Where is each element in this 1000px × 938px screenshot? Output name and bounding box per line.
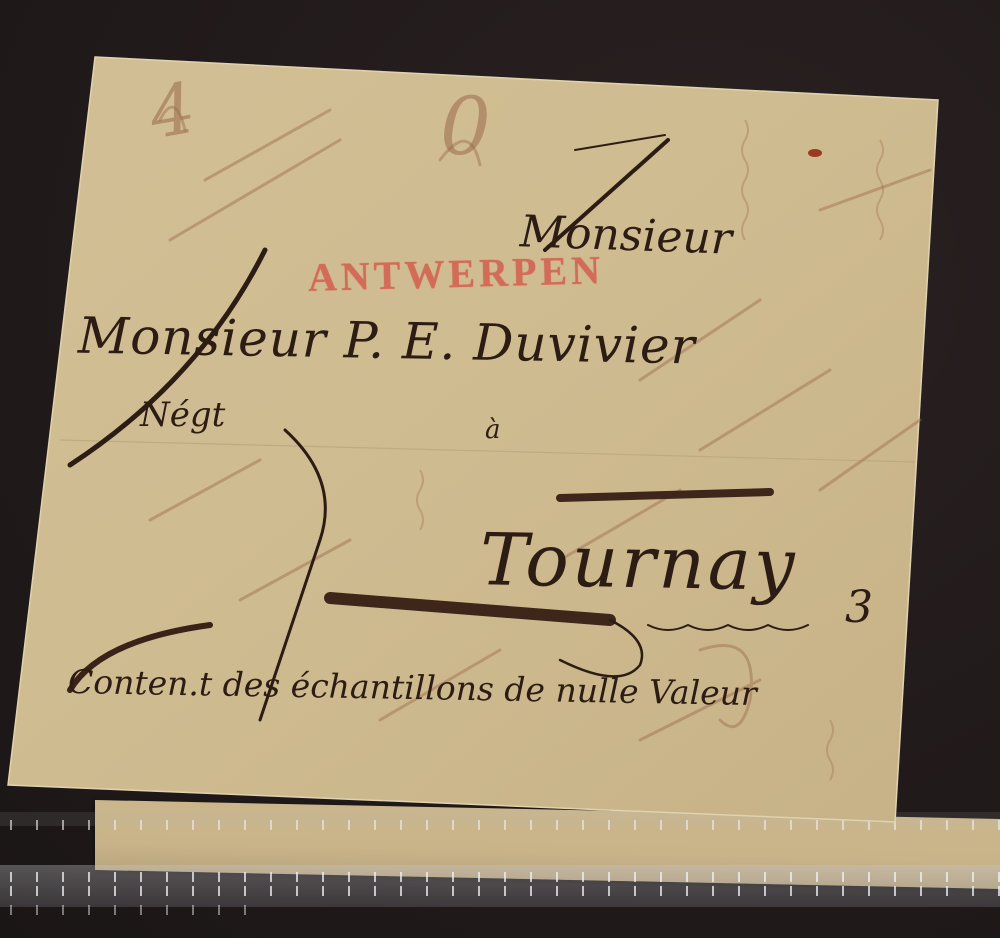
preposition: à — [485, 415, 501, 445]
letter-paper — [0, 0, 1000, 938]
salutation-top: Monsieur — [519, 206, 733, 264]
title-line: Négt — [140, 395, 225, 435]
sleeve-perforations — [0, 886, 1000, 896]
letter-sheet: 4 0 ANTWERPEN Monsieur Monsieur P. E. Du… — [0, 0, 1000, 938]
sleeve-perforations — [0, 872, 1000, 882]
bleed-through-numeral: 0 — [440, 80, 491, 173]
destination-city: Tournay — [479, 517, 798, 607]
sleeve-perforations — [0, 905, 260, 915]
photo-scene: 4 0 ANTWERPEN Monsieur Monsieur P. E. Du… — [0, 0, 1000, 938]
addressee-line: Monsieur P. E. Duvivier — [78, 307, 697, 376]
rate-marking: 3 — [845, 582, 873, 633]
